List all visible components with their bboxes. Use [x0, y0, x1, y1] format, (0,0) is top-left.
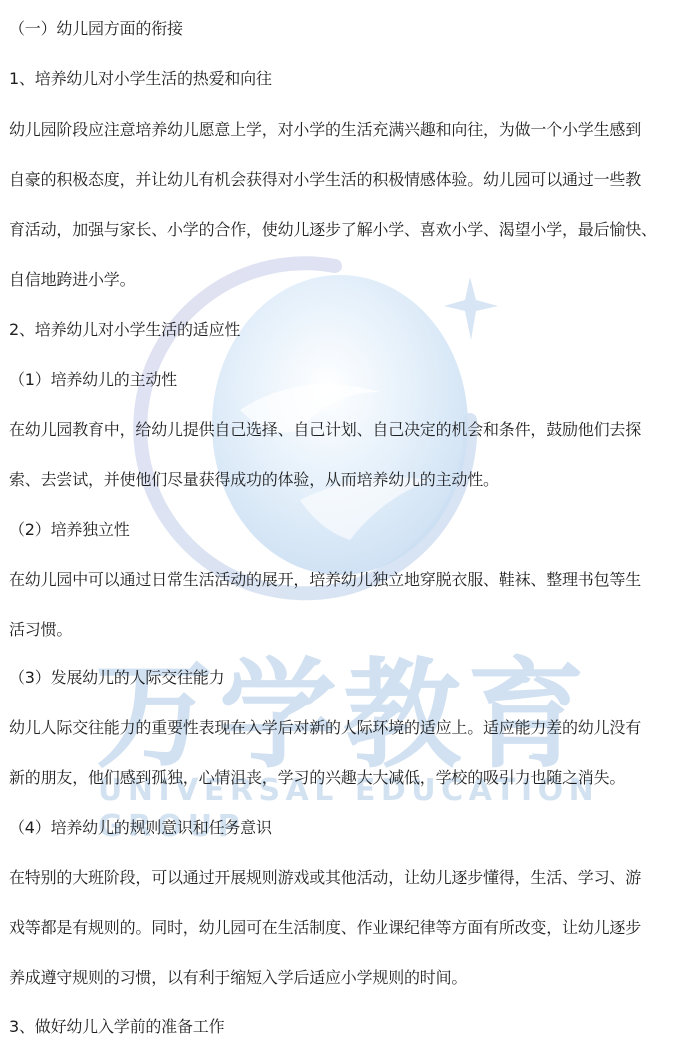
paragraph-line: 幼儿园阶段应注意培养幼儿愿意上学，对小学的生活充满兴趣和向往，为做一个小学生感到 [9, 120, 679, 140]
subsection-heading: 1、培养幼儿对小学生活的热爱和向往 [9, 69, 679, 89]
item-heading: （1）培养幼儿的主动性 [9, 370, 679, 390]
paragraph-line: 新的朋友，他们感到孤独，心情沮丧，学习的兴趣大大减低，学校的吸引力也随之消失。 [9, 768, 679, 788]
paragraph-line: 在幼儿园教育中，给幼儿提供自己选择、自己计划、自己决定的机会和条件，鼓励他们去探 [9, 420, 679, 440]
paragraph-line: 活习惯。 [9, 620, 679, 640]
paragraph-line: 养成遵守规则的习惯，以有利于缩短入学后适应小学规则的时间。 [9, 968, 679, 988]
item-heading: （2）培养独立性 [9, 520, 679, 540]
item-heading: （3）发展幼儿的人际交往能力 [9, 668, 679, 688]
paragraph-line: 戏等都是有规则的。同时，幼儿园可在生活制度、作业课纪律等方面有所改变，让幼儿逐步 [9, 918, 679, 938]
paragraph-line: 在幼儿园中可以通过日常生活活动的展开，培养幼儿独立地穿脱衣服、鞋袜、整理书包等生 [9, 570, 679, 590]
paragraph-line: 索、去尝试，并使他们尽量获得成功的体验，从而培养幼儿的主动性。 [9, 470, 679, 490]
section-heading: （一）幼儿园方面的衔接 [9, 19, 679, 39]
paragraph-line: 在特别的大班阶段，可以通过开展规则游戏或其他活动，让幼儿逐步懂得，生活、学习、游 [9, 868, 679, 888]
paragraph-line: 幼儿人际交往能力的重要性表现在入学后对新的人际环境的适应上。适应能力差的幼儿没有 [9, 718, 679, 738]
paragraph-line: 自信地跨进小学。 [9, 270, 679, 290]
subsection-heading: 3、做好幼儿入学前的准备工作 [9, 1017, 679, 1037]
paragraph-line: 育活动，加强与家长、小学的合作，使幼儿逐步了解小学、喜欢小学、渴望小学，最后愉快… [9, 220, 679, 240]
paragraph-line: 自豪的积极态度，并让幼儿有机会获得对小学生活的积极情感体验。幼儿园可以通过一些教 [9, 170, 679, 190]
subsection-heading: 2、培养幼儿对小学生活的适应性 [9, 320, 679, 340]
item-heading: （4）培养幼儿的规则意识和任务意识 [9, 818, 679, 838]
